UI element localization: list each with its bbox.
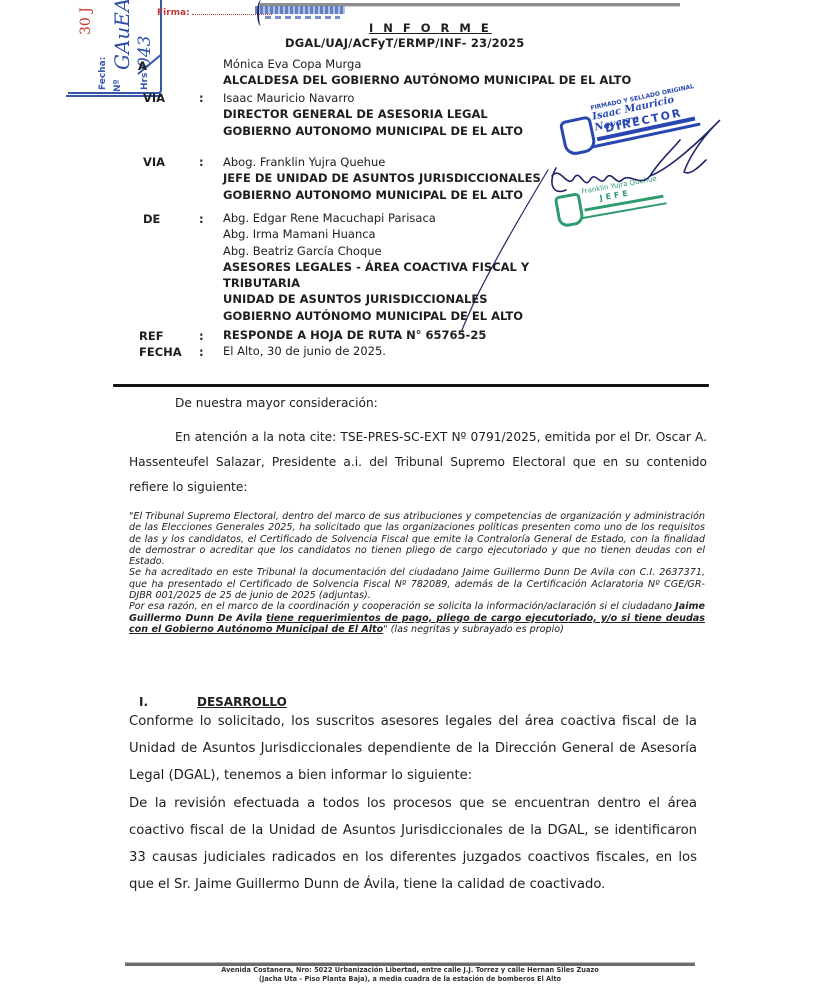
quoted-request: "El Tribunal Supremo Electoral, dentro d…: [129, 511, 705, 635]
via-1-block: Isaac Mauricio Navarro DIRECTOR GENERAL …: [223, 90, 523, 139]
reception-stamp-fecha-label: Fecha:: [98, 57, 108, 90]
recipient-position: ALCALDESA DEL GOBIERNO AUTÓNOMO MUNICIPA…: [223, 72, 631, 88]
footer-address: Avenida Costanera, Nro: 5022 Urbanizació…: [125, 966, 695, 984]
via-1-position-2: GOBIERNO AUTONOMO MUNICIPAL DE EL ALTO: [223, 123, 523, 139]
via-2-position-2: GOBIERNO AUTONOMO MUNICIPAL DE EL ALTO: [223, 187, 541, 203]
colon-ref: :: [199, 329, 204, 343]
salutation: De nuestra mayor consideración:: [175, 391, 378, 416]
header-divider: [113, 384, 709, 387]
sender-name-2: Abg. Irma Mamani Huanca: [223, 226, 529, 242]
colon-via-2: :: [199, 155, 204, 169]
quote-paragraph-1: "El Tribunal Supremo Electoral, dentro d…: [129, 511, 705, 567]
recipient-name: Mónica Eva Copa Murga: [223, 56, 631, 72]
reception-stamp-date: 30 J: [78, 7, 94, 35]
firma-stamp-mark: [255, 6, 345, 14]
sender-position-2: TRIBUTARIA: [223, 275, 529, 291]
municipal-seal-icon: [554, 192, 585, 228]
colon-fecha: :: [199, 345, 204, 359]
ref-value: RESPONDE A HOJA DE RUTA N° 65765-25: [223, 327, 486, 343]
fecha-value: El Alto, 30 de junio de 2025.: [223, 343, 386, 359]
label-via-1: VIA: [143, 91, 165, 105]
reception-stamp-hrs-label: Hrs: [140, 73, 150, 90]
label-ref: REF: [139, 329, 164, 343]
colon-de: :: [199, 212, 204, 226]
colon-via-1: :: [199, 91, 204, 105]
firma-signature-stroke: [257, 0, 265, 26]
via-2-block: Abog. Franklin Yujra Quehue JEFE DE UNID…: [223, 154, 541, 203]
recipient-block: Mónica Eva Copa Murga ALCALDESA DEL GOBI…: [223, 56, 631, 89]
label-fecha: FECHA: [139, 345, 182, 359]
sender-name-1: Abg. Edgar Rene Macuchapi Parisaca: [223, 210, 529, 226]
footer-line-2: (Jacha Uta - Piso Planta Baja), a media …: [125, 975, 695, 984]
sender-position-3: UNIDAD DE ASUNTOS JURISDICCIONALES: [223, 291, 529, 307]
via-1-name: Isaac Mauricio Navarro: [223, 90, 523, 106]
section-number: I.: [139, 695, 148, 709]
desarrollo-content: Conforme lo solicitado, los suscritos as…: [129, 708, 697, 898]
jefe-stamp-bar-2: [580, 202, 667, 219]
reception-stamp-nro-label: Nº: [113, 79, 123, 92]
label-via-2: VIA: [143, 155, 165, 169]
sender-name-3: Abg. Beatriz García Choque: [223, 243, 529, 259]
document-code: DGAL/UAJ/ACFyT/ERMP/INF- 23/2025: [285, 36, 524, 50]
section-title: DESARROLLO: [197, 695, 287, 709]
footer-line-1: Avenida Costanera, Nro: 5022 Urbanizació…: [125, 966, 695, 975]
firma-stamp-mark-2: [265, 16, 340, 19]
via-1-position-1: DIRECTOR GENERAL DE ASESORIA LEGAL: [223, 106, 523, 122]
intro-paragraph: En atención a la nota cite: TSE-PRES-SC-…: [129, 425, 707, 500]
document-title: I N F O R M E: [369, 21, 492, 35]
label-a: A: [138, 59, 147, 73]
via-2-name: Abog. Franklin Yujra Quehue: [223, 154, 541, 170]
quote-paragraph-3-lead: Por esa razón, en el marco de la coordin…: [129, 601, 675, 612]
director-stamp: FIRMADO Y SELLADO ORIGINAL Isaac Maurici…: [557, 81, 714, 159]
jefe-stamp: Franklin Yujra Quehue JEFE: [553, 172, 679, 236]
label-de: DE: [143, 212, 160, 226]
sender-block: Abg. Edgar Rene Macuchapi Parisaca Abg. …: [223, 210, 529, 324]
desarrollo-paragraph-1: Conforme lo solicitado, los suscritos as…: [129, 708, 697, 790]
reception-stamp-handwritten-name: GAuEA: [110, 0, 134, 70]
firma-label: Firma:: [157, 8, 190, 18]
sender-position-1: ASESORES LEGALES - ÁREA COACTIVA FISCAL …: [223, 259, 529, 275]
quote-paragraph-2: Se ha acreditado en este Tribunal la doc…: [129, 567, 705, 601]
via-2-position-1: JEFE DE UNIDAD DE ASUNTOS JURISDICCIONAL…: [223, 170, 541, 186]
desarrollo-paragraph-2: De la revisión efectuada a todos los pro…: [129, 790, 697, 899]
sender-position-4: GOBIERNO AUTÓNOMO MUNICIPAL DE EL ALTO: [223, 308, 529, 324]
municipal-seal-icon: [559, 115, 598, 157]
quote-tail: " (las negritas y subrayado es propio): [383, 624, 564, 635]
